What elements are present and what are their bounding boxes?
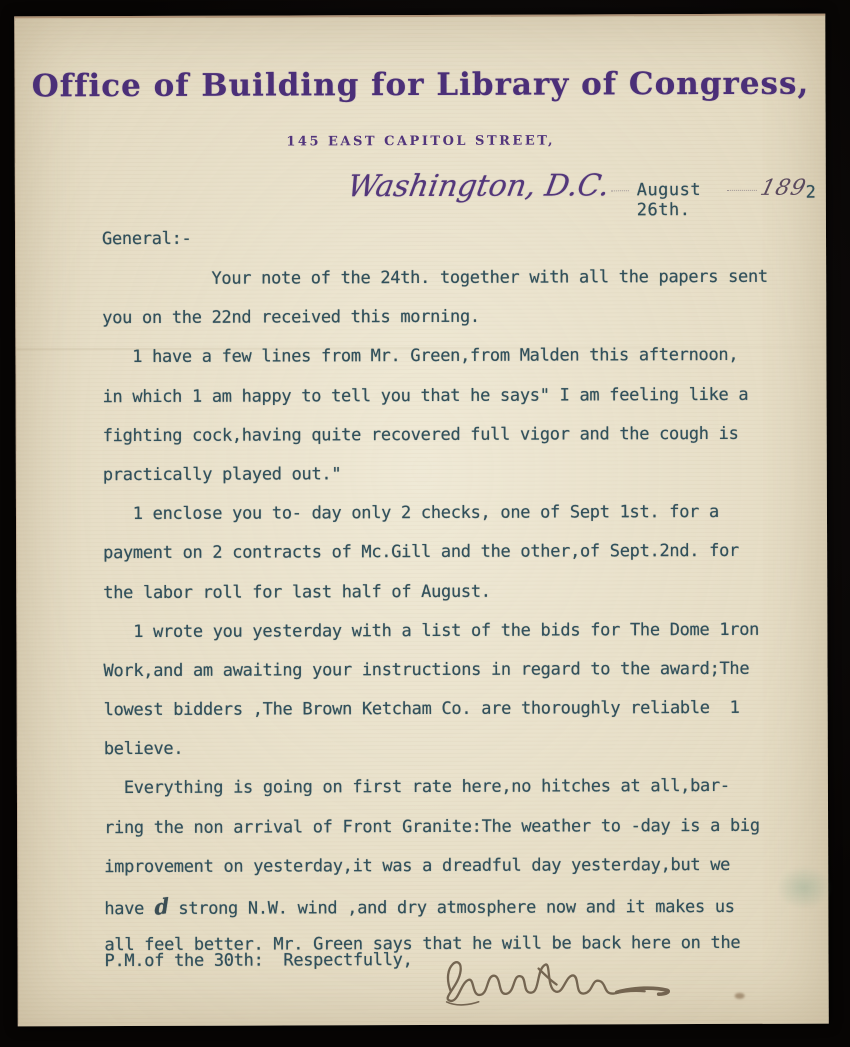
body-line: you on the 22nd received this morning. [102, 297, 802, 339]
line-pre: have [104, 899, 154, 919]
dotted-leader [611, 190, 628, 191]
photo-background: Office of Building for Library of Congre… [0, 0, 850, 1047]
letter-paper: Office of Building for Library of Congre… [14, 14, 829, 1027]
body-line: the labor roll for last half of August. [103, 571, 803, 613]
dotted-leader [727, 190, 757, 191]
body-line: 1 wrote you yesterday with a list of the… [103, 610, 803, 652]
body-line: ring the non arrival of Front Granite:Th… [104, 806, 804, 848]
typed-date: August 26th. [637, 180, 724, 220]
salutation: General:- [102, 229, 191, 249]
letterhead-address: 145 EAST CAPITOL STREET, [16, 133, 826, 151]
paper-stain [776, 866, 832, 910]
body-line: believe. [104, 728, 804, 770]
handwritten-correction: d [153, 886, 169, 927]
year: 1892 [761, 176, 816, 201]
body-line: payment on 2 contracts of Mc.Gill and th… [103, 532, 803, 574]
body-line-with-hand-correction: have d strong N.W. wind ,and dry atmosph… [104, 885, 804, 927]
dateline: Washington, D.C. August 26th. 1892 [348, 168, 816, 222]
letterhead-city-script: Washington, D.C. [345, 168, 612, 204]
closing-line: P.M.of the 30th: Respectfully, [104, 948, 412, 973]
signature-scrawl [426, 944, 678, 1019]
paper-speck [735, 993, 745, 999]
year-typed-digit: 2 [806, 183, 816, 203]
body-line: in which 1 am happy to tell you that he … [103, 375, 803, 417]
body-line: Everything is going on first rate here,n… [104, 767, 804, 809]
body-line: Your note of the 24th. together with all… [102, 258, 802, 300]
body-line: Work,and am awaiting your instructions i… [103, 650, 803, 692]
letter-body: Your note of the 24th. together with all… [102, 258, 804, 966]
line-post: strong N.W. wind ,and dry atmosphere now… [168, 897, 734, 919]
body-line: lowest bidders ,The Brown Ketcham Co. ar… [104, 689, 804, 731]
body-line: practically played out." [103, 454, 803, 496]
body-line: improvement on yesterday,it was a dreadf… [104, 845, 804, 887]
body-line: fighting cock,having quite recovered ful… [103, 414, 803, 456]
body-line: 1 enclose you to- day only 2 checks, one… [103, 493, 803, 535]
body-line: 1 have a few lines from Mr. Green,from M… [102, 336, 802, 378]
year-printed: 189 [758, 176, 809, 201]
letterhead-title: Office of Building for Library of Congre… [15, 66, 825, 105]
